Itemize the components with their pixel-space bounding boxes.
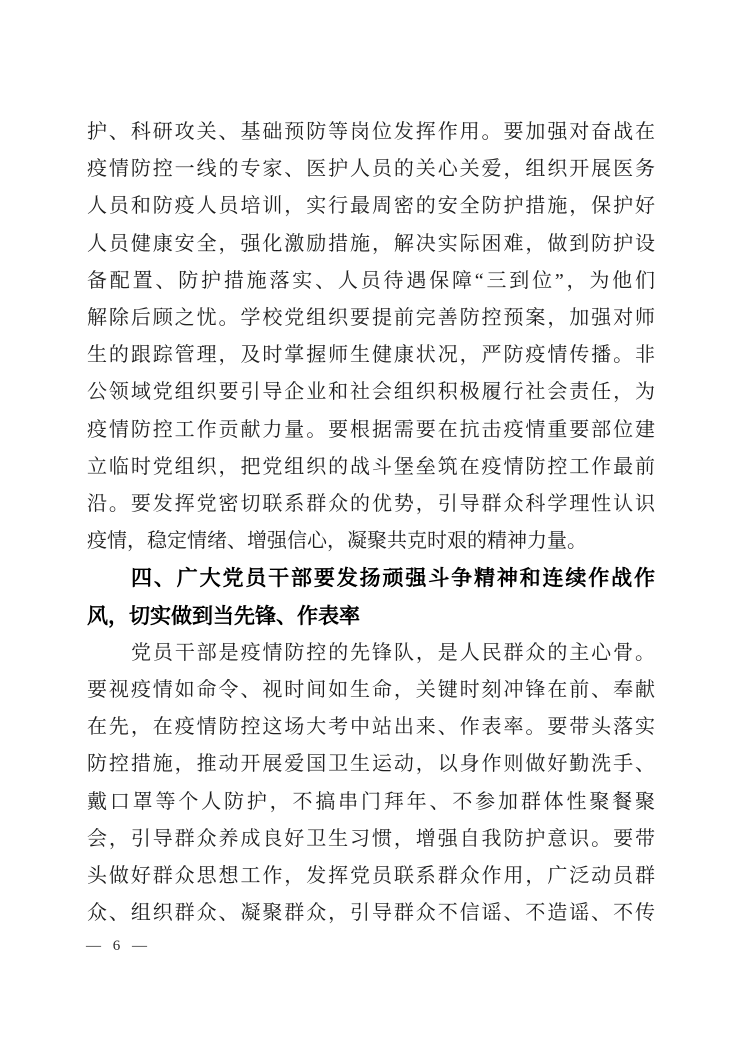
body-line: 护、科研攻关、基础预防等岗位发挥作用。要加强对奋战在 — [87, 114, 655, 151]
body-line: 会，引导群众养成良好卫生习惯，增强自我防护意识。要带 — [87, 821, 655, 858]
body-line: 沿。要发挥党密切联系群众的优势，引导群众科学理性认识 — [87, 486, 655, 523]
page-number: — 6 — — [86, 936, 151, 956]
body-line: 生的跟踪管理，及时掌握师生健康状况，严防疫情传播。非 — [87, 337, 655, 374]
body-line: 人员健康安全，强化激励措施，解决实际困难，做到防护设 — [87, 226, 655, 263]
body-line: 防控措施，推动开展爱国卫生运动，以身作则做好勤洗手、 — [87, 746, 655, 783]
body-line: 在先，在疫情防控这场大考中站出来、作表率。要带头落实 — [87, 709, 655, 746]
body-line: 疫情，稳定情绪、增强信心，凝聚共克时艰的精神力量。 — [87, 523, 655, 560]
body-line: 备配置、防护措施落实、人员待遇保障“三到位”，为他们 — [87, 263, 655, 300]
body-line: 立临时党组织，把党组织的战斗堡垒筑在疫情防控工作最前 — [87, 449, 655, 486]
body-line: 众、组织群众、凝聚群众，引导群众不信谣、不造谣、不传 — [87, 895, 655, 932]
body-line: 人员和防疫人员培训，实行最周密的安全防护措施，保护好 — [87, 188, 655, 225]
body-line: 头做好群众思想工作，发挥党员联系群众作用，广泛动员群 — [87, 858, 655, 895]
body-line: 戴口罩等个人防护，不搞串门拜年、不参加群体性聚餐聚 — [87, 784, 655, 821]
body-line: 要视疫情如命令、视时间如生命，关键时刻冲锋在前、奉献 — [87, 672, 655, 709]
section-heading-line: 风，切实做到当先锋、作表率 — [87, 598, 655, 635]
body-line: 公领域党组织要引导企业和社会组织积极履行社会责任，为 — [87, 374, 655, 411]
section-heading-line: 四、广大党员干部要发扬顽强斗争精神和连续作战作 — [87, 560, 655, 597]
body-line: 党员干部是疫情防控的先锋队，是人民群众的主心骨。 — [87, 635, 655, 672]
body-line: 解除后顾之忧。学校党组织要提前完善防控预案，加强对师 — [87, 300, 655, 337]
document-page: 护、科研攻关、基础预防等岗位发挥作用。要加强对奋战在 疫情防控一线的专家、医护人… — [0, 0, 737, 1051]
document-text-block: 护、科研攻关、基础预防等岗位发挥作用。要加强对奋战在 疫情防控一线的专家、医护人… — [87, 114, 655, 932]
body-line: 疫情防控一线的专家、医护人员的关心关爱，组织开展医务 — [87, 151, 655, 188]
body-line: 疫情防控工作贡献力量。要根据需要在抗击疫情重要部位建 — [87, 412, 655, 449]
